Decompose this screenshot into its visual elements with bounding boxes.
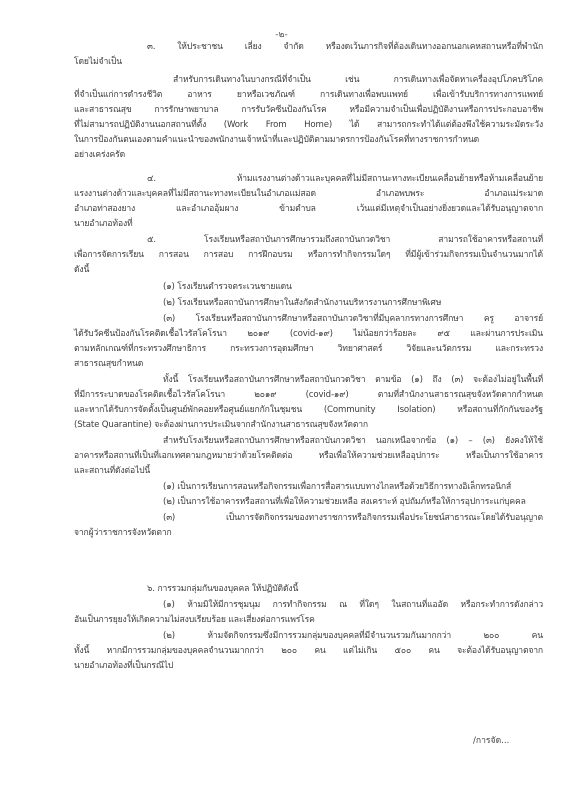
paragraph-line: จากผู้ว่าราชการจังหวัดตาก [74, 527, 172, 539]
paragraph-line: สำหรับการเดินทางในบางกรณีที่จำเป็น เช่น … [173, 74, 543, 86]
paragraph-line: อันเป็นการยุยงให้เกิดความไม่สงบเรียบร้อย… [74, 614, 315, 626]
document-page: -๒- ๓. ให้ประชาชน เลี่ยง จำกัด หรืองดเว้… [0, 0, 563, 800]
paragraph-line: ได้รับวัคซีนป้องกันโรคติดเชื้อไวรัสโคโรน… [74, 328, 543, 340]
paragraph-line: และหากได้รับการจัดตั้งเป็นศูนย์พักคอยหรื… [74, 404, 543, 416]
clause-6-heading: ๖. การรวมกลุ่มกันของบุคคล ให้ปฏิบัติดังน… [147, 583, 298, 595]
paragraph-line: (State Quarantine) จะต้องผ่านการประเมินจ… [74, 419, 368, 431]
clause-3-heading: ๓. ให้ประชาชน เลี่ยง จำกัด หรืองดเว้นภาร… [147, 41, 543, 53]
paragraph-line: อาคารหรือสถานที่เป็นที่เอกเทศตามกฎหมายว่… [74, 450, 543, 462]
continuation-marker: /การจัด... [473, 733, 509, 747]
paragraph-line: ที่มีการระบาดของโรคติดเชื้อไวรัสโคโรนา ๒… [74, 389, 543, 401]
paragraph-line: ที่จำเป็นแก่การดำรงชีวิต อาหาร ยาหรือเวช… [74, 89, 543, 101]
paragraph-line: ทั้งนี้ หากมีการรวมกลุ่มของบุคคลจำนวนมาก… [74, 645, 543, 657]
paragraph-line: นายอำเภอท้องที่เป็นกรณีไป [74, 660, 173, 672]
paragraph-line: เพื่อการจัดการเรียน การสอน การสอบ การฝึก… [74, 249, 543, 261]
clause-4-heading: ๔. ห้ามแรงงานต่างด้าวและบุคคลที่ไม่มีสถา… [147, 173, 543, 185]
paragraph-line: ในการป้องกันตนเองตามคำแนะนำของพนักงานเจ้… [74, 134, 543, 146]
paragraph-line: สำหรับโรงเรียนหรือสถาบันการศึกษาหรือสถาบ… [163, 435, 543, 447]
list-item: (๓) เป็นการจัดกิจกรรมของทางราชการหรือกิจ… [163, 512, 543, 524]
paragraph-line: ทั้งนี้ โรงเรียนหรือสถาบันการศึกษาหรือสถ… [163, 374, 543, 386]
paragraph-line: สาธารณสุขกำหนด [74, 358, 143, 370]
paragraph-line: และสถานที่ดังต่อไปนี้ [74, 465, 150, 477]
list-item: (๒) เป็นการใช้อาคารหรือสถานที่เพื่อให้คว… [163, 496, 526, 508]
paragraph-line: นายอำเภอท้องที่ [74, 218, 133, 230]
paragraph-line: ดังนี้ [74, 264, 89, 276]
list-item: (๑) ห้ามมิให้มีการชุมนุม การทำกิจกรรม ณ … [163, 599, 543, 611]
page-number: -๒- [0, 27, 563, 41]
paragraph-line: อำเภอท่าสองยาง และอำเภออุ้มผาง ข้ามตำบล … [74, 203, 543, 215]
paragraph-line: แรงงานต่างด้าวและบุคคลที่ไม่มีสถานะทางทะ… [74, 188, 543, 200]
list-item: (๓) โรงเรียนหรือสถาบันการศึกษาหรือสถาบัน… [163, 313, 543, 325]
paragraph-line: ที่ไม่สามารถปฏิบัติงานนอกสถานที่ตั้ง (Wo… [74, 119, 543, 131]
clause-5-heading: ๕. โรงเรียนหรือสถาบันการศึกษารวมถึงสถาบั… [147, 234, 543, 246]
list-item: (๑) โรงเรียนตำรวจตระเวนชายแดน [163, 281, 292, 293]
list-item: (๒) โรงเรียนหรือสถาบันการศึกษาในสังกัดสำ… [163, 297, 441, 309]
clause-3-line: โดยไม่จำเป็น [74, 56, 122, 68]
paragraph-line: ตามหลักเกณฑ์ที่กระทรวงศึกษาธิการ กระทรวง… [74, 343, 543, 355]
paragraph-line: อย่างเคร่งครัด [74, 149, 125, 161]
list-item: (๑) เป็นการเรียนการสอนหรือกิจกรรมเพื่อกา… [163, 481, 511, 493]
paragraph-line: และสาธารณสุข การรักษาพยาบาล การรับวัคซีน… [74, 104, 543, 116]
list-item: (๒) ห้ามจัดกิจกรรมซึ่งมีการรวมกลุ่มของบุ… [163, 630, 543, 642]
